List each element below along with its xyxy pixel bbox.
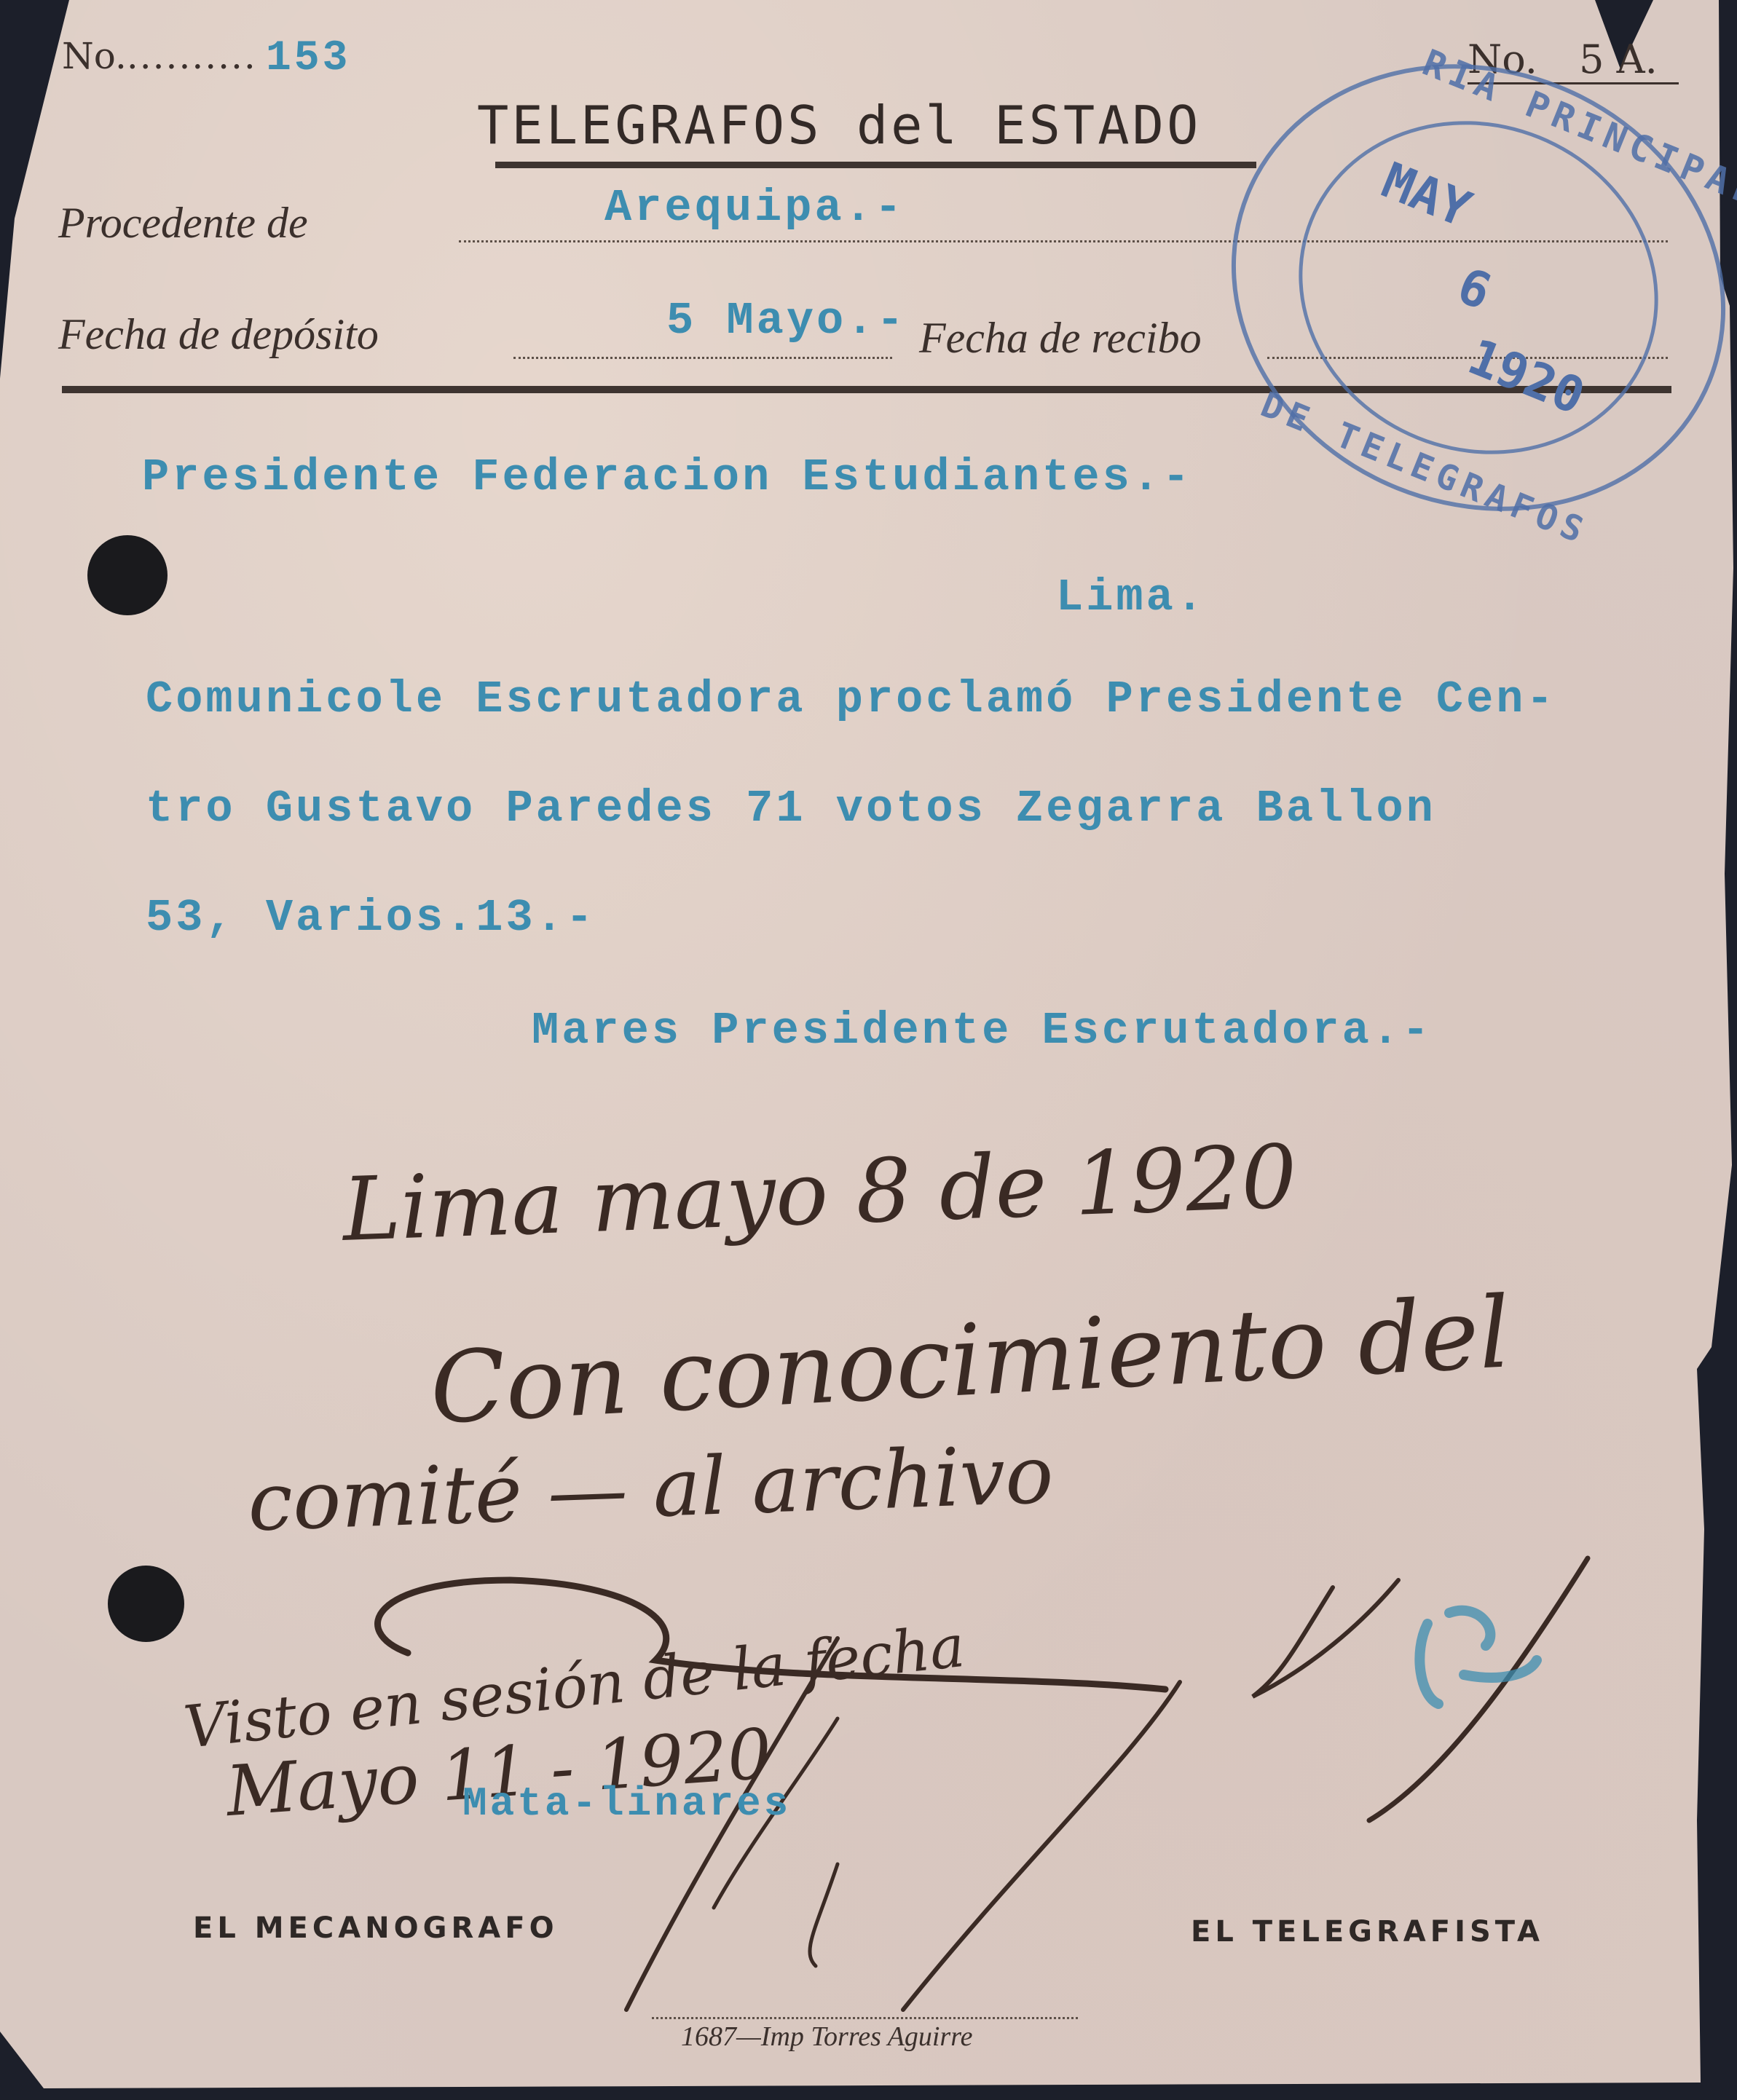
- signature-flourish: [0, 0, 1737, 2100]
- telegraphist-label: EL TELEGRAFISTA: [1191, 1915, 1544, 1949]
- typist-label: EL MECANOGRAFO: [193, 1911, 559, 1945]
- imprint-rule: [652, 2017, 1078, 2019]
- printer-imprint: 1687—Imp Torres Aguirre: [681, 2021, 972, 2053]
- operator-name: Mata-linares: [462, 1780, 791, 1827]
